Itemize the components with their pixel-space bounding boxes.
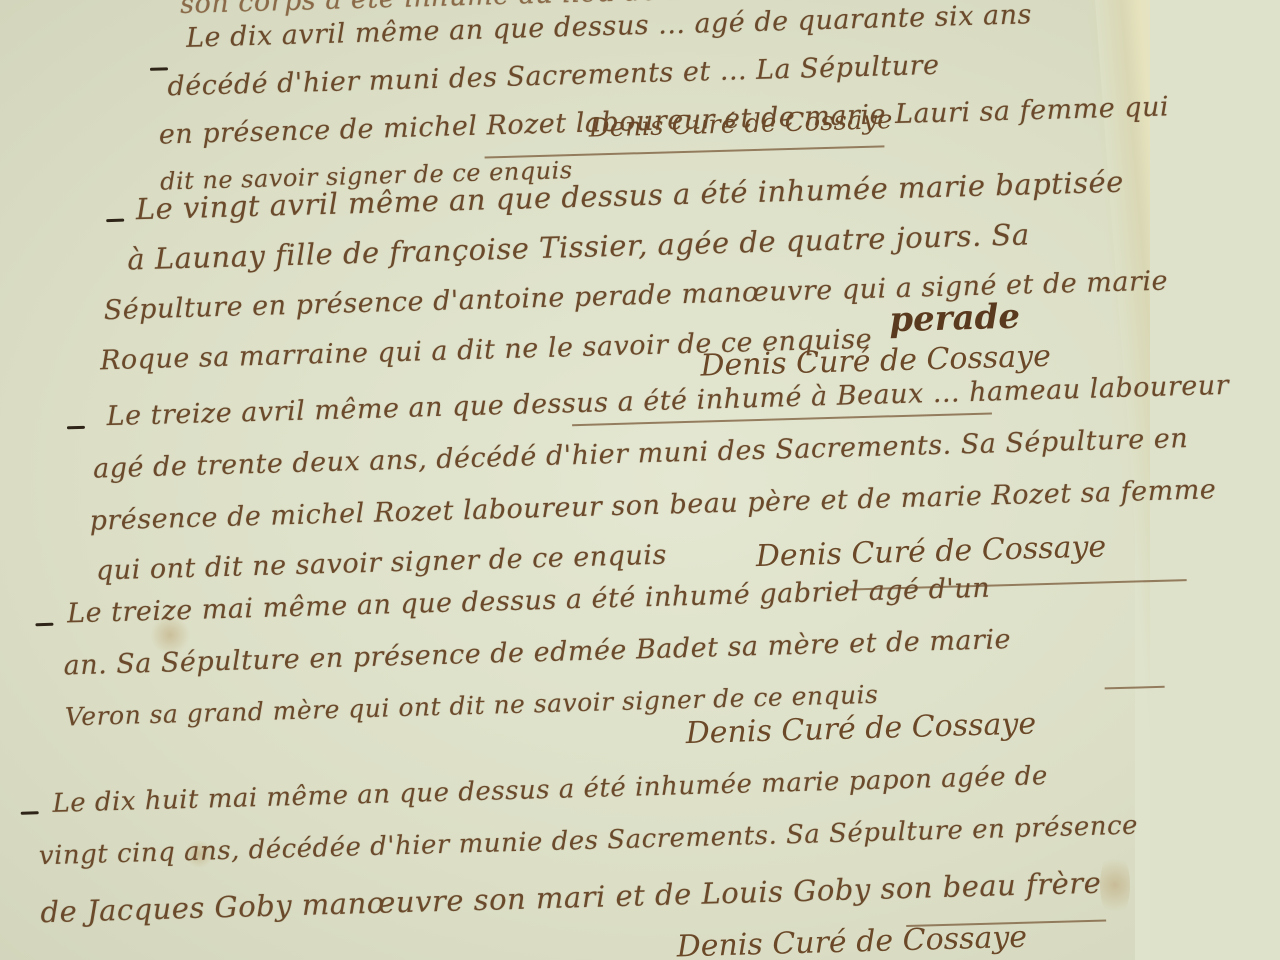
entry-marker-dash xyxy=(21,811,39,815)
entry-line: présence de michel Rozet laboureur son b… xyxy=(89,474,1217,536)
entry-line: an. Sa Sépulture en présence de edmée Ba… xyxy=(63,624,1011,681)
priest-signature: Denis Curé de Cossaye xyxy=(676,920,1027,960)
handwritten-text: son corps a été inhumé au lieu de Lazare… xyxy=(0,0,1161,960)
entry-line: de Jacques Goby manœuvre son mari et de … xyxy=(40,866,1102,930)
entry-line: à Launay fille de françoise Tissier, agé… xyxy=(127,217,1030,276)
entry-marker-dash xyxy=(67,426,85,430)
priest-signature: Denis Curé de Cossaye xyxy=(685,706,1036,751)
entry-line: qui ont dit ne savoir signer de ce enqui… xyxy=(96,540,668,587)
witness-signature: perade xyxy=(889,297,1021,341)
entry-marker-dash xyxy=(106,219,124,223)
entry-separator xyxy=(485,145,885,158)
entry-marker-dash xyxy=(150,67,168,71)
entry-line: vingt cinq ans, décédée d'hier munie des… xyxy=(39,811,1139,872)
entry-line: agé de trente deux ans, décédé d'hier mu… xyxy=(93,423,1189,485)
entry-line: Le dix huit mai même an que dessus a été… xyxy=(52,761,1048,819)
entry-line: décédé d'hier muni des Sacrements et ...… xyxy=(167,50,940,103)
priest-signature: Denis Curé de Cossaye xyxy=(755,529,1106,574)
entry-marker-dash xyxy=(35,623,53,627)
